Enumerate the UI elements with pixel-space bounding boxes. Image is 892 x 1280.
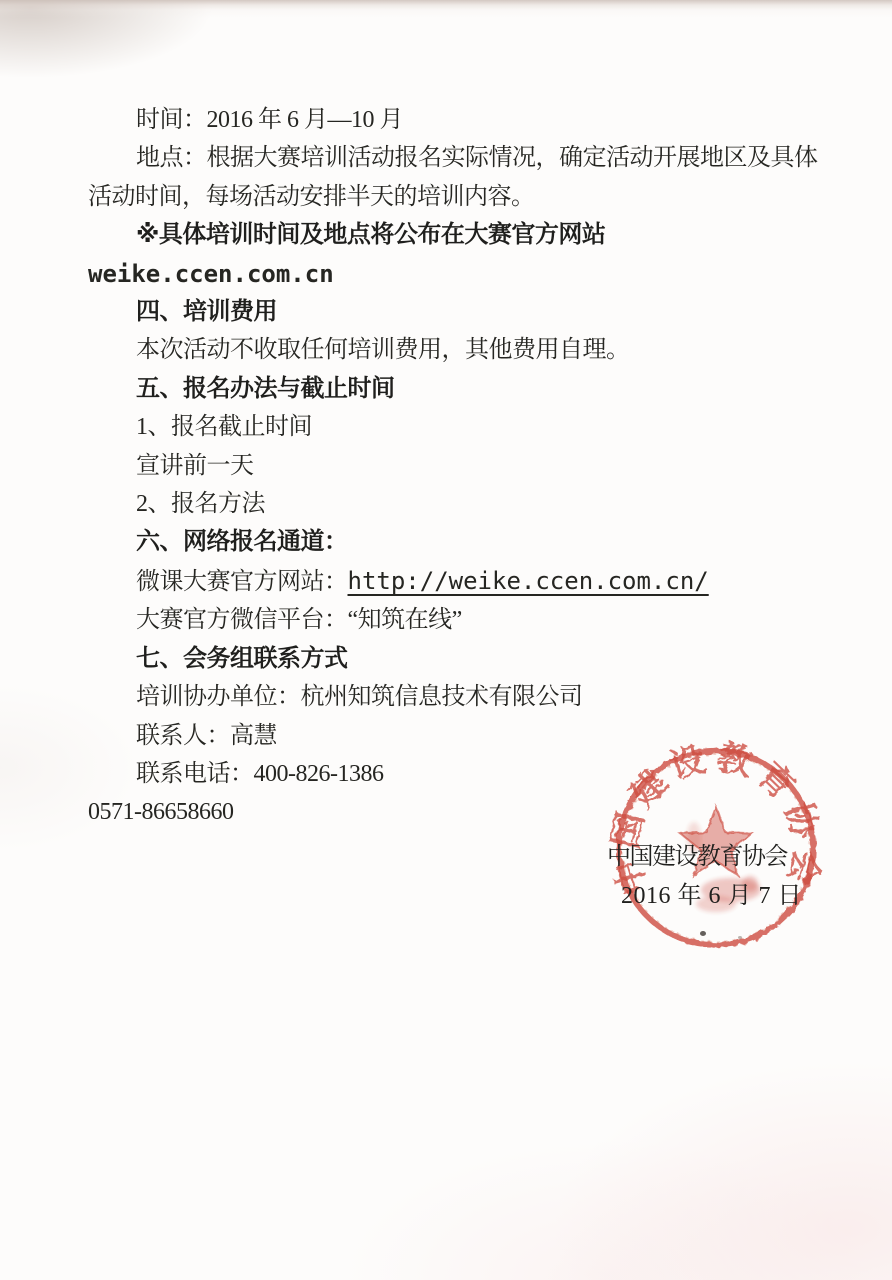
- line-5-1: 1、报名截止时间: [88, 408, 828, 446]
- ink-speck-small: [738, 936, 742, 939]
- website-label: 微课大赛官方网站：: [136, 569, 348, 595]
- heading-6-online-channel: 六、网络报名通道：: [88, 523, 828, 561]
- heading-4-training-fee: 四、培训费用: [88, 293, 828, 331]
- ink-speck: [700, 931, 706, 936]
- signature-date: 2016 年 6 月 7 日: [621, 875, 802, 910]
- line-phone-2: 0571-86658660: [88, 793, 828, 831]
- signature-organization: 中国建设教育协会: [607, 836, 787, 871]
- line-fee: 本次活动不收取任何培训费用，其他费用自理。: [88, 331, 828, 369]
- heading-5-registration: 五、报名办法与截止时间: [88, 370, 828, 408]
- line-note-url: weike.ccen.com.cn: [88, 255, 828, 293]
- heading-7-contact: 七、会务组联系方式: [88, 640, 828, 678]
- line-5-2: 2、报名方法: [88, 485, 828, 523]
- line-location-2: 活动时间，每场活动安排半天的培训内容。: [88, 178, 828, 216]
- document-body: 时间：2016 年 6 月—10 月 地点：根据大赛培训活动报名实际情况，确定活…: [88, 101, 828, 832]
- line-time: 时间：2016 年 6 月—10 月: [88, 101, 828, 139]
- line-website: 微课大赛官方网站：http://weike.ccen.com.cn/: [88, 562, 828, 601]
- website-url: http://weike.ccen.com.cn/: [348, 567, 709, 595]
- scanned-document-page: { "page": { "paper_color": "#fdfcfb", "t…: [0, 0, 892, 1280]
- line-phone-1: 联系电话：400-826-1386: [88, 755, 828, 793]
- line-organizer: 培训协办单位：杭州知筑信息技术有限公司: [88, 678, 828, 716]
- line-wechat: 大赛官方微信平台：“知筑在线”: [88, 601, 828, 639]
- line-note: ※具体培训时间及地点将公布在大赛官方网站: [88, 216, 828, 254]
- line-deadline: 宣讲前一天: [88, 447, 828, 485]
- line-location-1: 地点：根据大赛培训活动报名实际情况，确定活动开展地区及具体: [88, 139, 828, 177]
- line-contact-person: 联系人：高慧: [88, 717, 828, 755]
